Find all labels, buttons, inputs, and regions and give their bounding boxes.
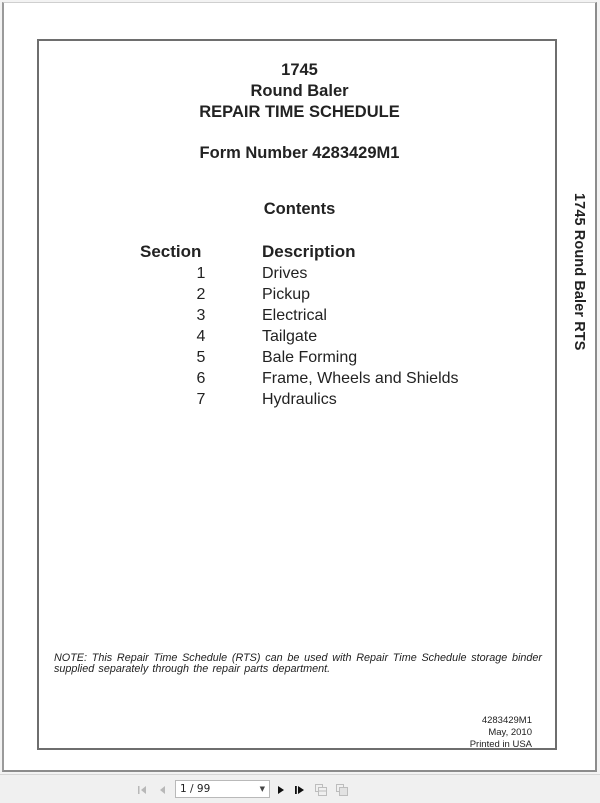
page-navigation-toolbar: 1 / 99 ▼: [0, 774, 600, 803]
toc-section-number: 6: [140, 368, 262, 389]
toc-section-number: 1: [140, 263, 262, 284]
toc-row: 7 Hydraulics: [140, 389, 500, 410]
previous-page-icon: [159, 785, 167, 795]
imprint-block: 4283429M1 May, 2010 Printed in USA: [470, 715, 532, 751]
toc-section-number: 7: [140, 389, 262, 410]
toc-row: 1 Drives: [140, 263, 500, 284]
document-title: REPAIR TIME SCHEDULE: [4, 102, 595, 123]
toc-row: 5 Bale Forming: [140, 347, 500, 368]
toc-description: Bale Forming: [262, 347, 357, 368]
single-page-view-icon: [314, 783, 328, 797]
toc-description: Pickup: [262, 284, 310, 305]
toc-description: Tailgate: [262, 326, 317, 347]
document-page: 1745 Round Baler REPAIR TIME SCHEDULE Fo…: [2, 2, 597, 772]
previous-page-button[interactable]: [157, 781, 169, 798]
two-page-view-icon: [335, 783, 349, 797]
table-of-contents: Section Description 1 Drives 2 Pickup 3 …: [140, 241, 500, 410]
pdf-viewer: 1745 Round Baler REPAIR TIME SCHEDULE Fo…: [0, 0, 600, 803]
side-tab-label: 1745 Round Baler RTS: [571, 193, 587, 351]
two-page-view-button[interactable]: [334, 781, 350, 798]
contents-heading: Contents: [4, 200, 595, 219]
product-name: Round Baler: [4, 81, 595, 102]
imprint-origin: Printed in USA: [470, 739, 532, 751]
imprint-code: 4283429M1: [470, 715, 532, 727]
last-page-icon: [294, 785, 306, 795]
page-number-select[interactable]: 1 / 99 ▼: [175, 780, 270, 798]
next-page-icon: [277, 785, 285, 795]
last-page-button[interactable]: [293, 781, 307, 798]
chevron-down-icon: ▼: [260, 781, 265, 797]
page-indicator: 1 / 99: [180, 783, 210, 795]
toc-row: 6 Frame, Wheels and Shields: [140, 368, 500, 389]
imprint-date: May, 2010: [470, 727, 532, 739]
toc-description: Frame, Wheels and Shields: [262, 368, 459, 389]
toc-header-description: Description: [210, 241, 356, 263]
first-page-icon: [137, 785, 149, 795]
toc-section-number: 2: [140, 284, 262, 305]
form-number: Form Number 4283429M1: [4, 144, 595, 163]
toc-section-number: 5: [140, 347, 262, 368]
toc-description: Electrical: [262, 305, 327, 326]
toc-header-section: Section: [140, 241, 210, 263]
toc-row: 4 Tailgate: [140, 326, 500, 347]
toc-header: Section Description: [140, 241, 500, 263]
first-page-button[interactable]: [136, 781, 150, 798]
toc-section-number: 4: [140, 326, 262, 347]
toc-row: 3 Electrical: [140, 305, 500, 326]
toc-row: 2 Pickup: [140, 284, 500, 305]
next-page-button[interactable]: [275, 781, 287, 798]
toc-description: Drives: [262, 263, 307, 284]
note-text: NOTE: This Repair Time Schedule (RTS) ca…: [54, 653, 542, 675]
toc-description: Hydraulics: [262, 389, 337, 410]
single-page-view-button[interactable]: [313, 781, 329, 798]
toc-section-number: 3: [140, 305, 262, 326]
model-number: 1745: [4, 60, 595, 81]
